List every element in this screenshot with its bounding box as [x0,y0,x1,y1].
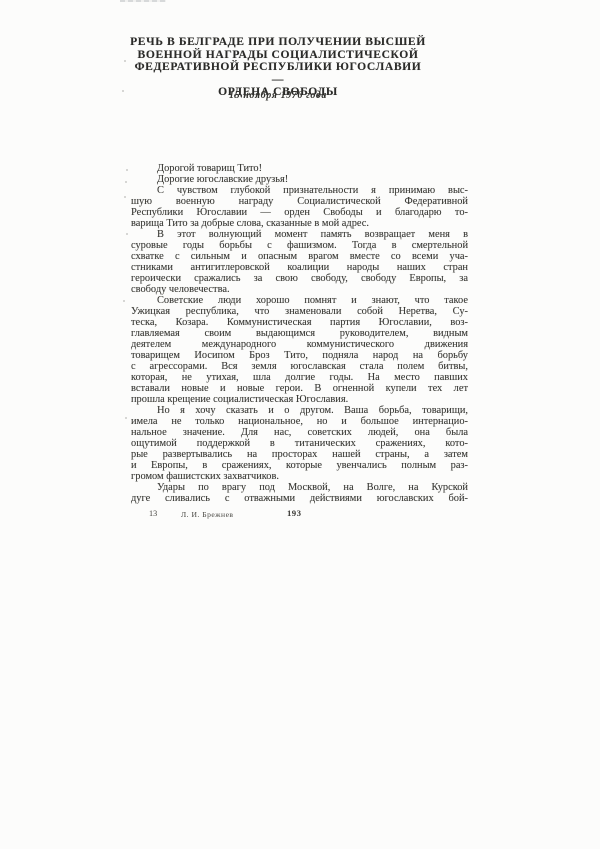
text-line: вставали новые и новые герои. В огненной… [131,383,468,394]
speech-date: 15 ноября 1976 года [128,90,428,101]
scan-artifact-top-edge [120,0,166,2]
scan-speck [122,90,124,92]
text-line: схватке с сильным и опасным врагом вмест… [131,251,468,262]
text-line: имела не только национальное, но и больш… [131,416,468,427]
text-line: суровые годы борьбы с фашизмом. Тогда в … [131,240,468,251]
text-line: стниками антигитлеровской коалиции народ… [131,262,468,273]
text-line: Ужицкая республика, что знаменовали собо… [131,306,468,317]
text-line: С чувством глубокой признательности я пр… [131,185,468,196]
text-line: которая, не утихая, шла долгие годы. На … [131,372,468,383]
text-line: шую военную награду Социалистической Фед… [131,196,468,207]
text-line: героически сражались за свою свободу, св… [131,273,468,284]
text-line: дуге сливались с отважными действиями юг… [131,493,468,504]
scan-speck [124,196,126,198]
text-line: с агрессорами. Вся земля югославская ста… [131,361,468,372]
scan-speck [123,300,125,302]
text-line: Дорогой товарищ Тито! [131,163,468,174]
text-line: и Европы, в сражениях, которые увенчалис… [131,460,468,471]
text-line: Советские люди хорошо помнят и знают, чт… [131,295,468,306]
text-line: громом фашистских захватчиков. [131,471,468,482]
scan-speck [126,169,128,171]
scan-speck [125,181,127,183]
print-signature-number: 13 [149,509,157,518]
speech-title-line-3: ФЕДЕРАТИВНОЙ РЕСПУБЛИКИ ЮГОСЛАВИИ — [128,61,428,86]
text-line: ощутимой поддержкой в титанических сраже… [131,438,468,449]
text-line: товарищем Иосипом Броз Тито, подняла нар… [131,350,468,361]
text-line: Но я хочу сказать и о другом. Ваша борьб… [131,405,468,416]
text-line: прошла крещение социалистическая Югослав… [131,394,468,405]
text-line: Удары по врагу под Москвой, на Волге, на… [131,482,468,493]
text-line: Республики Югославии — орден Свободы и б… [131,207,468,218]
scanned-book-page: РЕЧЬ В БЕЛГРАДЕ ПРИ ПОЛУЧЕНИИ ВЫСШЕЙ ВОЕ… [0,0,600,849]
text-line: варища Тито за добрые слова, сказанные в… [131,218,468,229]
scan-speck [126,233,128,235]
scan-speck [124,60,126,62]
page-number: 193 [287,508,301,518]
text-line: главляемая своим выдающимся руководителе… [131,328,468,339]
text-line: теска, Козара. Коммунистическая партия Ю… [131,317,468,328]
author-name: Л. И. Брежнев [181,510,234,519]
page-footer: 13 Л. И. Брежнев 193 [131,508,468,520]
text-line: свободу человечества. [131,284,468,295]
scan-speck [125,417,127,419]
text-line: нальное значение. Для нас, советских люд… [131,427,468,438]
speech-body: Дорогой товарищ Тито!Дорогие югославские… [131,163,468,504]
text-line: деятелем международного коммунистическог… [131,339,468,350]
speech-title-line-1: РЕЧЬ В БЕЛГРАДЕ ПРИ ПОЛУЧЕНИИ ВЫСШЕЙ [128,36,428,49]
text-line: рые развертывались на просторах нашей ст… [131,449,468,460]
text-line: Дорогие югославские друзья! [131,174,468,185]
text-line: В этот волнующий момент память возвращае… [131,229,468,240]
